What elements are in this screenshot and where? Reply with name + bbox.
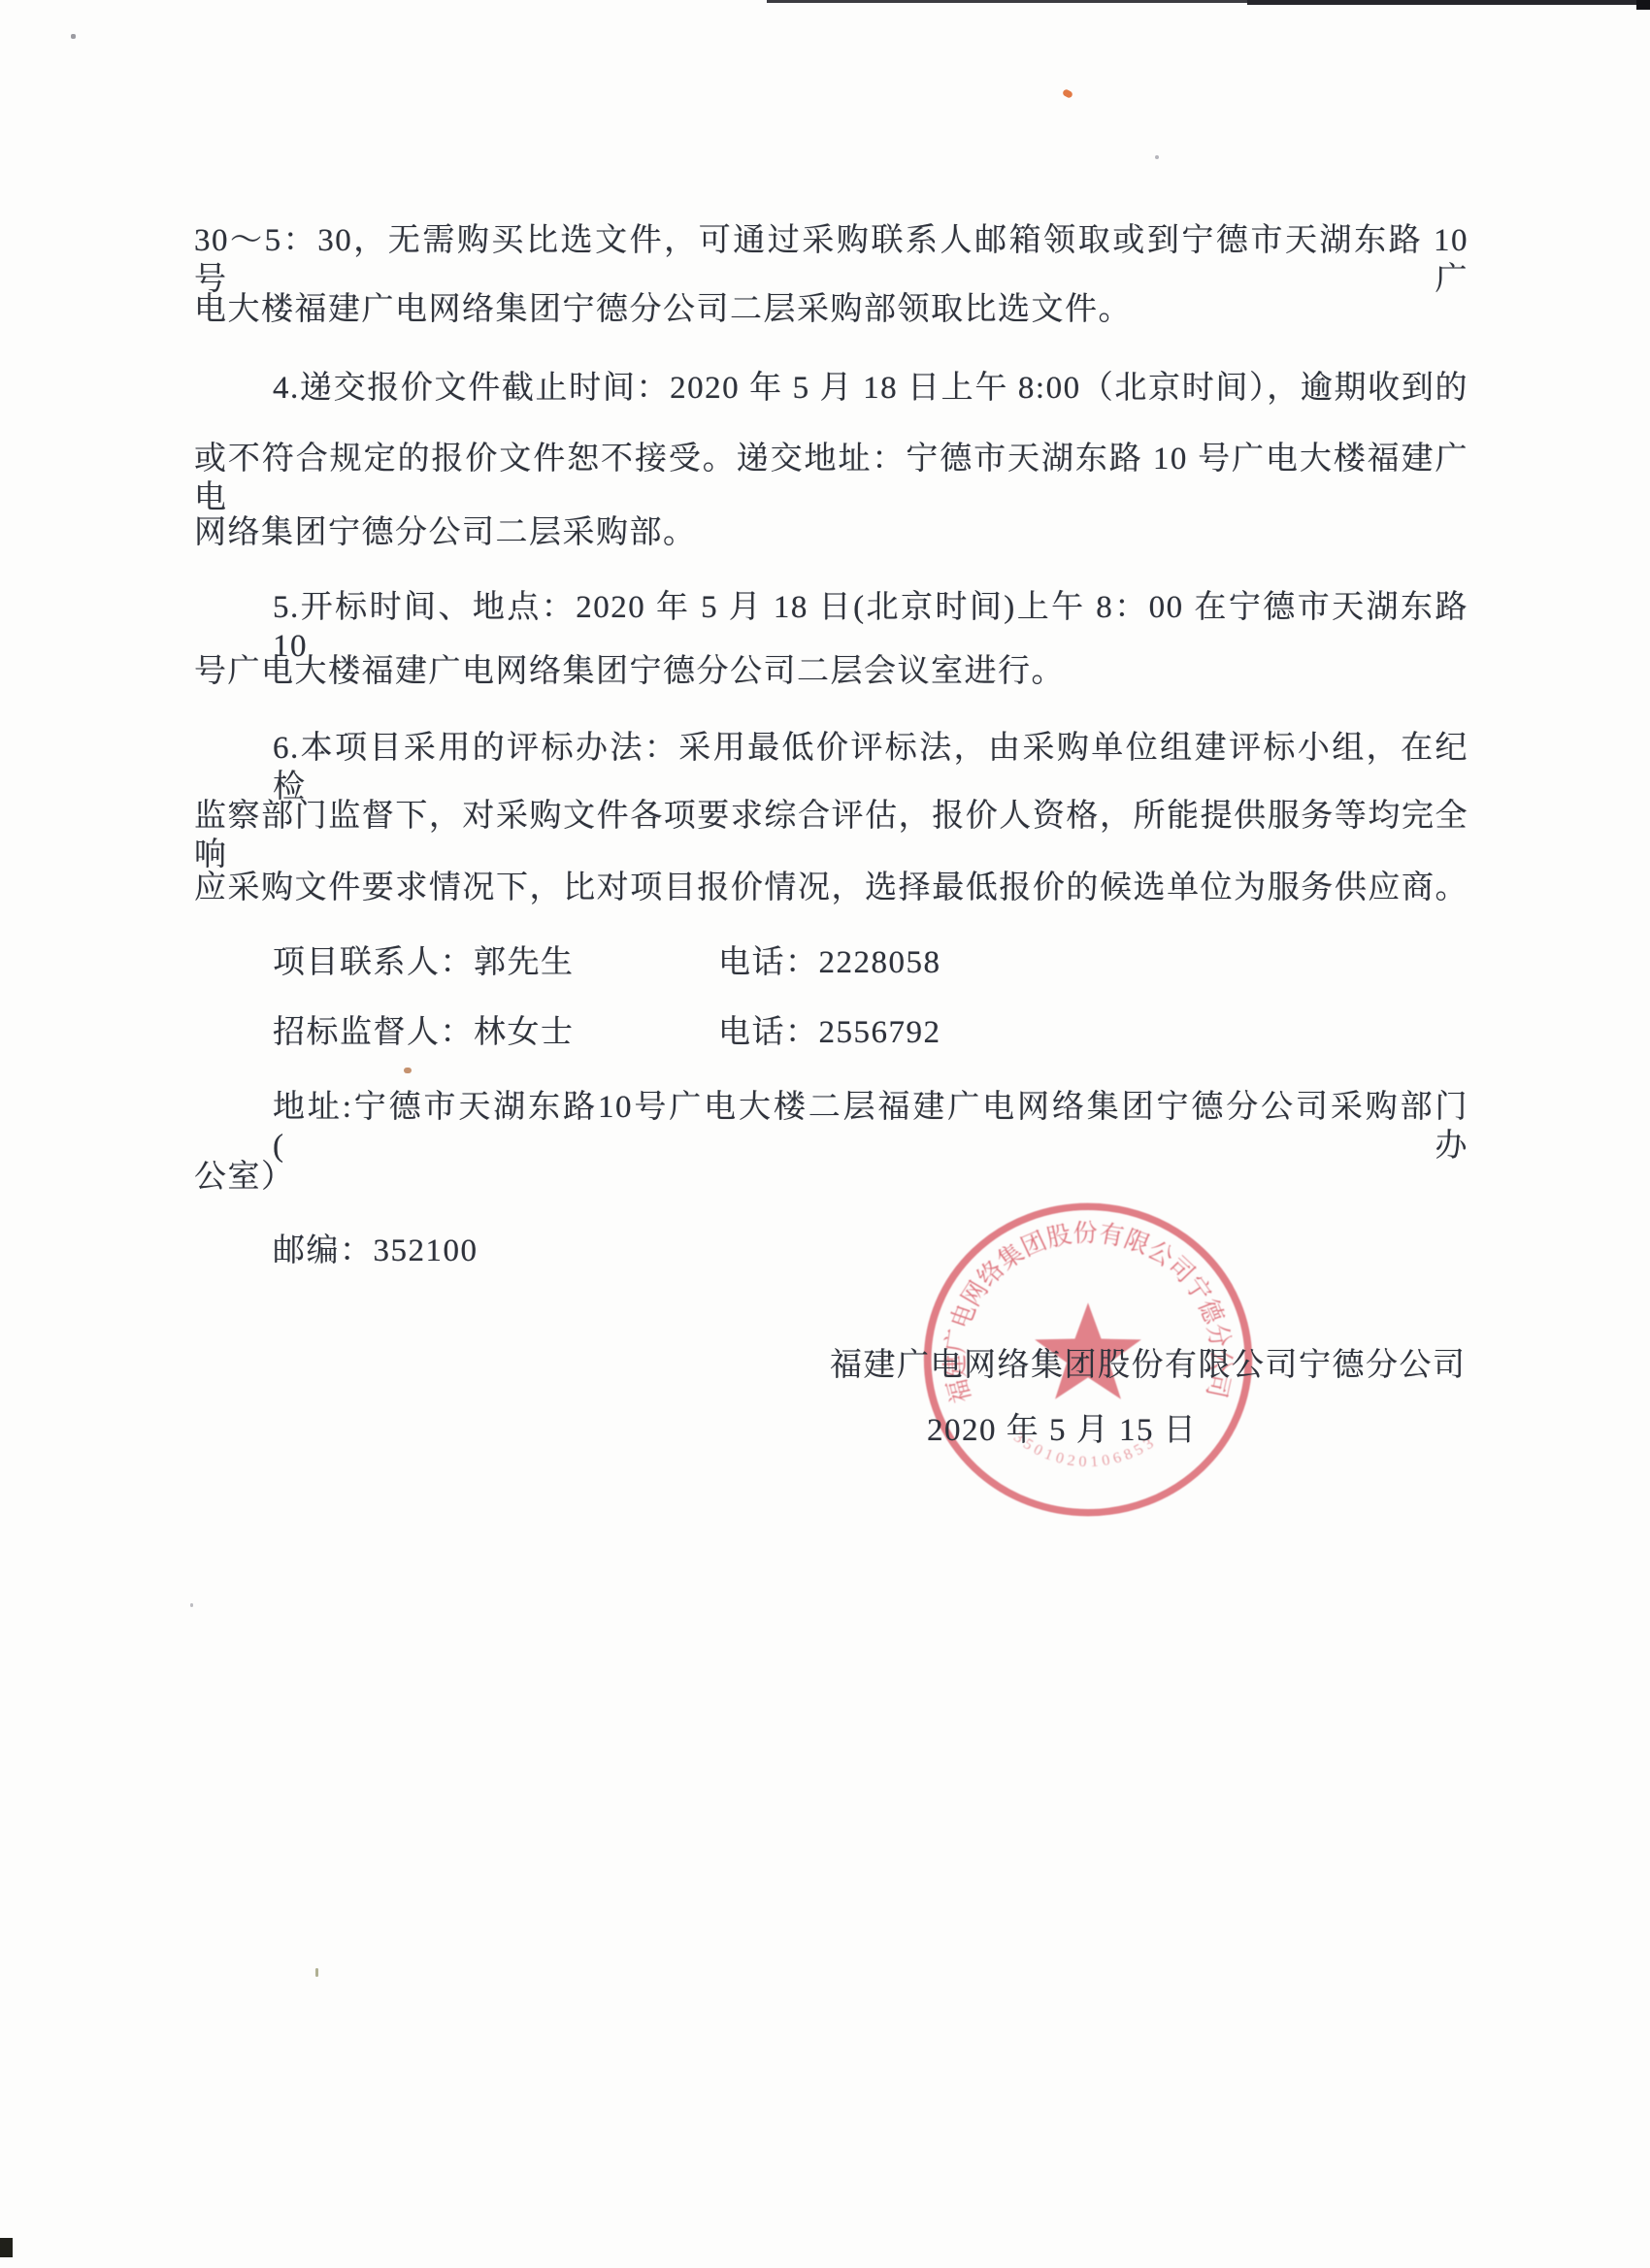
scan-artifact-bottom-left-mark bbox=[0, 2238, 13, 2257]
body-line: 30～5：30，无需购买比选文件，可通过采购联系人邮箱领取或到宁德市天湖东路 1… bbox=[194, 221, 1468, 299]
postal-code-line: 邮编：352100 bbox=[273, 1232, 478, 1270]
bid-supervisor-phone: 电话：2556792 bbox=[718, 1013, 941, 1052]
body-line: 监察部门监督下，对采购文件各项要求综合评估，报价人资格，所能提供服务等均完全响 bbox=[194, 797, 1468, 874]
body-line: 网络集团宁德分公司二层采购部。 bbox=[194, 513, 697, 552]
scanned-document-page: 福建广电网络集团股份有限公司宁德分公司 3501020106853 30～5：3… bbox=[0, 0, 1650, 2268]
scan-speck bbox=[404, 1068, 412, 1073]
scan-speck bbox=[71, 34, 76, 39]
body-line: 应采购文件要求情况下，比对项目报价情况，选择最低报价的候选单位为服务供应商。 bbox=[194, 869, 1468, 907]
body-line: 号广电大楼福建广电网络集团宁德分公司二层会议室进行。 bbox=[194, 652, 1065, 691]
scan-artifact-top-right-corner bbox=[1636, 0, 1650, 10]
project-contact-phone: 电话：2228058 bbox=[718, 943, 941, 982]
scan-speck bbox=[1062, 88, 1073, 99]
address-line: 地址:宁德市天湖东路10号广电大楼二层福建广电网络集团宁德分公司采购部门(办 bbox=[273, 1088, 1468, 1166]
body-line: 4.递交报价文件截止时间：2020 年 5 月 18 日上午 8:00（北京时间… bbox=[273, 369, 1468, 408]
signature-company-name: 福建广电网络集团股份有限公司宁德分公司 bbox=[830, 1346, 1467, 1385]
scan-artifact-top-band-dark bbox=[1247, 0, 1650, 5]
signature-date: 2020 年 5 月 15 日 bbox=[927, 1411, 1197, 1450]
body-line: 或不符合规定的报价文件恕不接受。递交地址：宁德市天湖东路 10 号广电大楼福建广… bbox=[194, 440, 1468, 517]
scan-speck bbox=[190, 1603, 193, 1607]
scan-speck bbox=[1155, 155, 1159, 159]
project-contact-label: 项目联系人：郭先生 bbox=[273, 943, 575, 982]
body-line: 电大楼福建广电网络集团宁德分公司二层采购部领取比选文件。 bbox=[194, 290, 1132, 329]
scan-speck bbox=[315, 1968, 318, 1977]
bid-supervisor-label: 招标监督人：林女士 bbox=[273, 1013, 575, 1052]
address-line: 公室） bbox=[194, 1158, 295, 1197]
body-line: 6.本项目采用的评标办法：采用最低价评标法，由采购单位组建评标小组，在纪检 bbox=[273, 729, 1468, 806]
